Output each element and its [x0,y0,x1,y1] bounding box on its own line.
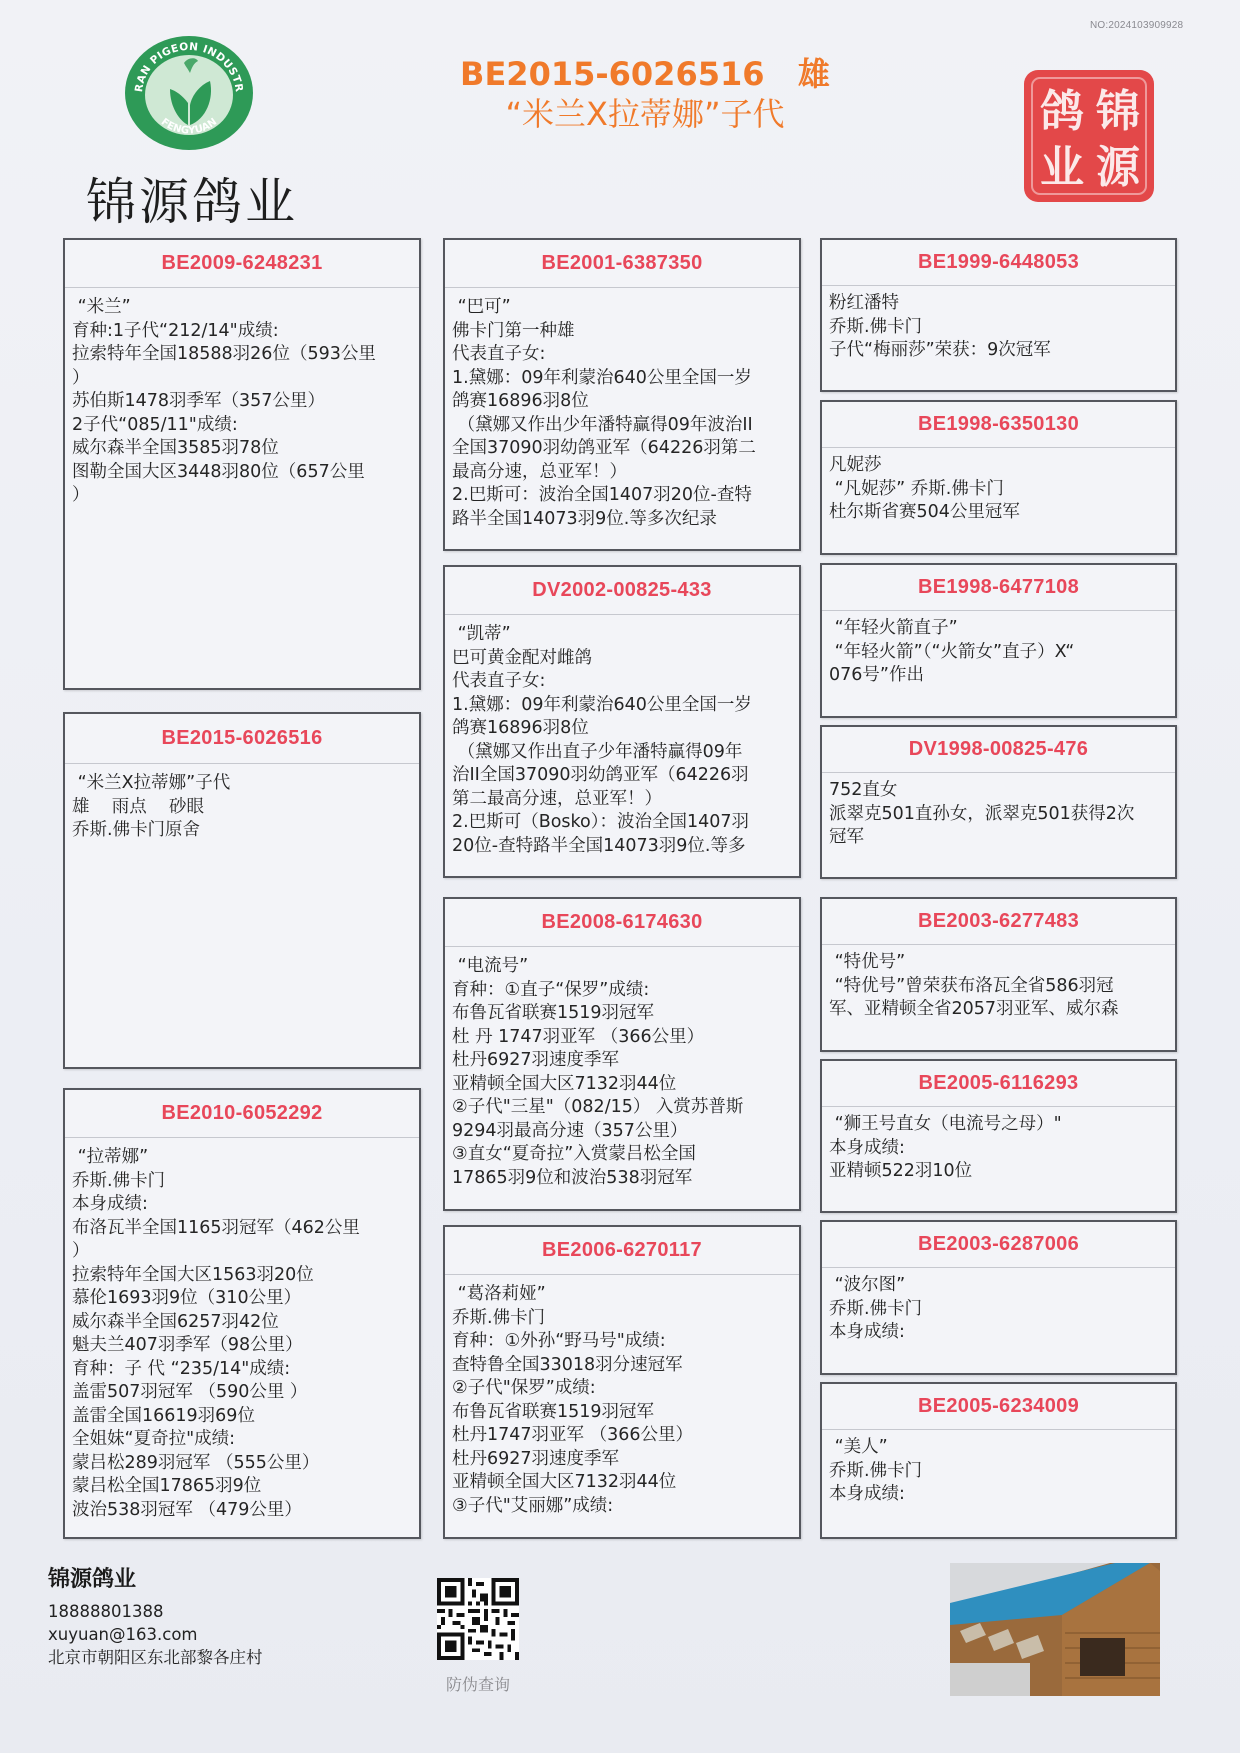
svg-text:源: 源 [1096,142,1141,193]
note-line: 17865羽9位和波治538羽冠军 [452,1167,792,1191]
note-line: “年轻火箭”（“火箭女”直子）X“ [829,641,1168,665]
brand-name: 锦源鸽业 [86,162,298,234]
note-line: 派翠克501直孙女，派翠克501获得2次 [829,803,1168,827]
note-line: 本身成绩: [72,1193,412,1217]
brand-logo-icon: FRAN PIGEON INDUSTRY FENGYUAN [122,33,256,153]
note-line: 拉索特年全国大区1563羽20位 [72,1264,412,1288]
note-line: 本身成绩: [829,1137,1168,1161]
ring-number: BE2008-6174630 [445,899,799,947]
note-line: 鸽赛16896羽8位 [452,390,792,414]
note-line: 盖雷507羽冠军 （590公里 ） [72,1381,412,1405]
note-line: 杜尔斯省赛504公里冠军 [829,501,1168,525]
ring-number: BE2005-6234009 [822,1384,1175,1430]
pedigree-box-ggp-5: BE2003-6277483 “特优号” “特优号”曾荣获布洛瓦全省586羽冠军… [820,897,1177,1052]
note-line: 路半全国14073羽9位.等多次纪录 [452,508,792,532]
note-line: 布洛瓦半全国1165羽冠军（462公里 [72,1217,412,1241]
note-line: “米兰” [72,296,412,320]
note-line: （黛娜又作出少年潘特赢得09年波治II [452,414,792,438]
note-line: “美人” [829,1436,1168,1460]
pedigree-box-ggp-2: BE1998-6350130 凡妮莎 “凡妮莎” 乔斯.佛卡门杜尔斯省赛504公… [820,400,1177,555]
note-line: 育种：子 代 “235/14"成绩: [72,1358,412,1382]
note-line: 魁夫兰407羽季军（98公里） [72,1334,412,1358]
note-line: 乔斯.佛卡门 [72,1170,412,1194]
note-line: ） [72,1240,412,1264]
note-line: “特优号”曾荣获布洛瓦全省586羽冠 [829,975,1168,999]
note-line: 752直女 [829,779,1168,803]
note-line: 图勒全国大区3448羽80位（657公里 [72,461,412,485]
note-line: 全国37090羽幼鸽亚军（64226羽第二 [452,437,792,461]
subject-ring-and-sex: BE2015-6026516 雄 [420,54,870,94]
note-line: 乔斯.佛卡门 [829,1298,1168,1322]
pedigree-box-ggp-8: BE2005-6234009 “美人”乔斯.佛卡门本身成绩: [820,1382,1177,1539]
pedigree-box-sire-sire: BE2001-6387350 “巴可”佛卡门第一种雄代表直子女:1.黛娜：09年… [443,238,801,551]
note-line: 鸽赛16896羽8位 [452,717,792,741]
pedigree-notes: “美人”乔斯.佛卡门本身成绩: [822,1430,1175,1507]
note-line: 雄 雨点 砂眼 [72,796,412,820]
ring-number: DV2002-00825-433 [445,567,799,615]
ring-number: BE1998-6477108 [822,565,1175,611]
note-line: 9294羽最高分速（357公里） [452,1120,792,1144]
pedigree-notes: “米兰X拉蒂娜”子代雄 雨点 砂眼乔斯.佛卡门原舍 [65,764,419,843]
note-line: ） [72,367,412,391]
note-line: ） [72,484,412,508]
pedigree-certificate: NO:2024103909928 FRAN PIGEON INDUSTRY FE… [0,0,1240,1753]
pedigree-box-sire: BE2009-6248231 “米兰”育种:1子代“212/14"成绩:拉索特年… [63,238,421,690]
postal-address: 北京市朝阳区东北部黎各庄村 [48,1646,263,1669]
pedigree-notes: “拉蒂娜”乔斯.佛卡门本身成绩:布洛瓦半全国1165羽冠军（462公里）拉索特年… [65,1138,419,1522]
svg-text:鸽: 鸽 [1040,86,1084,137]
pedigree-box-dam: BE2010-6052292 “拉蒂娜”乔斯.佛卡门本身成绩:布洛瓦半全国116… [63,1088,421,1539]
note-line: 20位-查特路半全国14073羽9位.等多 [452,835,792,859]
ring-number: BE1999-6448053 [822,240,1175,286]
document-number: NO:2024103909928 [1090,20,1183,31]
pedigree-notes: 752直女派翠克501直孙女，派翠克501获得2次冠军 [822,773,1175,850]
note-line: 2子代“085/11"成绩: [72,414,412,438]
pedigree-notes: “巴可”佛卡门第一种雄代表直子女:1.黛娜：09年利蒙治640公里全国一岁鸽赛1… [445,288,799,531]
note-line: 子代“梅丽莎”荣获：9次冠军 [829,339,1168,363]
note-line: “年轻火箭直子” [829,617,1168,641]
ring-number: BE2009-6248231 [65,240,419,288]
note-line: 杜丹1747羽亚军 （366公里） [452,1424,792,1448]
note-line: “巴可” [452,296,792,320]
note-line: “电流号” [452,955,792,979]
svg-text:业: 业 [1040,142,1084,193]
note-line: 查特鲁全国33018羽分速冠军 [452,1354,792,1378]
ring-number: BE2010-6052292 [65,1090,419,1138]
note-line: 第二最高分速，总亚军！） [452,788,792,812]
pedigree-box-subject: BE2015-6026516 “米兰X拉蒂娜”子代雄 雨点 砂眼乔斯.佛卡门原舍 [63,712,421,1069]
note-line: 1.黛娜：09年利蒙治640公里全国一岁 [452,367,792,391]
note-line: “凯蒂” [452,623,792,647]
ring-number: DV1998-00825-476 [822,727,1175,773]
pedigree-box-sire-dam: DV2002-00825-433 “凯蒂”巴可黄金配对雌鸽代表直子女:1.黛娜：… [443,565,801,878]
note-line: 冠军 [829,826,1168,850]
note-line: 亚精顿全国大区7132羽44位 [452,1073,792,1097]
pedigree-box-ggp-4: DV1998-00825-476 752直女派翠克501直孙女，派翠克501获得… [820,725,1177,879]
note-line: 军、亚精顿全省2057羽亚军、威尔森 [829,998,1168,1022]
pedigree-box-ggp-1: BE1999-6448053 粉红潘特乔斯.佛卡门子代“梅丽莎”荣获：9次冠军 [820,238,1177,392]
ring-number: BE1998-6350130 [822,402,1175,448]
ring-number: BE2015-6026516 [65,714,419,764]
note-line: ③直女“夏奇拉”入赏蒙吕松全国 [452,1143,792,1167]
note-line: 盖雷全国16619羽69位 [72,1405,412,1429]
note-line: 乔斯.佛卡门 [452,1307,792,1331]
note-line: 本身成绩: [829,1483,1168,1507]
pedigree-notes: 粉红潘特乔斯.佛卡门子代“梅丽莎”荣获：9次冠军 [822,286,1175,363]
ring-number: BE2003-6287006 [822,1222,1175,1268]
certificate-header: BE2015-6026516 雄 “米兰X拉蒂娜”子代 [420,54,870,134]
email-address: xuyuan@163.com [48,1623,263,1646]
pedigree-box-dam-sire: BE2008-6174630 “电流号”育种：①直子“保罗”成绩:布鲁瓦省联赛1… [443,897,801,1211]
ring-number: BE2001-6387350 [445,240,799,288]
note-line: 亚精顿522羽10位 [829,1160,1168,1184]
note-line: 布鲁瓦省联赛1519羽冠军 [452,1002,792,1026]
note-line: 杜丹6927羽速度季军 [452,1049,792,1073]
note-line: 苏伯斯1478羽季军（357公里） [72,390,412,414]
note-line: “狮王号直女（电流号之母）" [829,1113,1168,1137]
pedigree-box-ggp-7: BE2003-6287006 “波尔图”乔斯.佛卡门本身成绩: [820,1220,1177,1375]
pedigree-notes: “米兰”育种:1子代“212/14"成绩:拉索特年全国18588羽26位（593… [65,288,419,508]
note-line: 最高分速，总亚军！） [452,461,792,485]
note-line: 代表直子女: [452,670,792,694]
contact-info: 18888801388 xuyuan@163.com 北京市朝阳区东北部黎各庄村 [48,1600,263,1669]
note-line: 育种：①直子“保罗”成绩: [452,979,792,1003]
note-line: 慕伦1693羽9位（310公里） [72,1287,412,1311]
note-line: 乔斯.佛卡门 [829,316,1168,340]
note-line: 巴可黄金配对雌鸽 [452,647,792,671]
note-line: “特优号” [829,951,1168,975]
pigeon-loft-photo [950,1563,1160,1696]
qr-label: 防伪查询 [437,1672,519,1695]
note-line: “米兰X拉蒂娜”子代 [72,772,412,796]
note-line: “波尔图” [829,1274,1168,1298]
note-line: 代表直子女: [452,343,792,367]
subject-subtitle: “米兰X拉蒂娜”子代 [420,94,870,134]
note-line: 威尔森半全国6257羽42位 [72,1311,412,1335]
pedigree-notes: “凯蒂”巴可黄金配对雌鸽代表直子女:1.黛娜：09年利蒙治640公里全国一岁鸽赛… [445,615,799,858]
note-line: ③子代"艾丽娜”成绩: [452,1495,792,1519]
pedigree-notes: “狮王号直女（电流号之母）"本身成绩:亚精顿522羽10位 [822,1107,1175,1184]
note-line: （黛娜又作出直子少年潘特赢得09年 [452,741,792,765]
note-line: 亚精顿全国大区7132羽44位 [452,1471,792,1495]
note-line: 拉索特年全国18588羽26位（593公里 [72,343,412,367]
note-line: 布鲁瓦省联赛1519羽冠军 [452,1401,792,1425]
note-line: 2.巴斯可（Bosko）：波治全国1407羽 [452,811,792,835]
note-line: “拉蒂娜” [72,1146,412,1170]
note-line: 波治538羽冠军 （479公里） [72,1499,412,1523]
note-line: 乔斯.佛卡门原舍 [72,819,412,843]
note-line: 杜丹6927羽速度季军 [452,1448,792,1472]
footer-brand-name: 锦源鸽业 [48,1562,136,1593]
note-line: 佛卡门第一种雄 [452,320,792,344]
phone-number: 18888801388 [48,1600,263,1623]
note-line: 蒙吕松289羽冠军 （555公里） [72,1452,412,1476]
note-line: 乔斯.佛卡门 [829,1460,1168,1484]
note-line: ②子代"保罗”成绩: [452,1377,792,1401]
pedigree-box-dam-dam: BE2006-6270117 “葛洛莉娅”乔斯.佛卡门育种：①外孙“野马号"成绩… [443,1225,801,1539]
pedigree-notes: “特优号” “特优号”曾荣获布洛瓦全省586羽冠军、亚精顿全省2057羽亚军、威… [822,945,1175,1022]
note-line: 杜 丹 1747羽亚军 （366公里） [452,1026,792,1050]
note-line: “凡妮莎” 乔斯.佛卡门 [829,478,1168,502]
note-line: 凡妮莎 [829,454,1168,478]
ring-number: BE2003-6277483 [822,899,1175,945]
note-line: 育种:1子代“212/14"成绩: [72,320,412,344]
ring-number: BE2005-6116293 [822,1061,1175,1107]
note-line: 治II全国37090羽幼鸽亚军（64226羽 [452,764,792,788]
svg-text:锦: 锦 [1096,86,1140,137]
note-line: 粉红潘特 [829,292,1168,316]
note-line: 076号”作出 [829,664,1168,688]
anti-counterfeit-qr-code[interactable] [437,1578,519,1660]
note-line: “葛洛莉娅” [452,1283,792,1307]
pedigree-notes: “电流号”育种：①直子“保罗”成绩:布鲁瓦省联赛1519羽冠军杜 丹 1747羽… [445,947,799,1190]
pedigree-box-ggp-6: BE2005-6116293 “狮王号直女（电流号之母）"本身成绩:亚精顿522… [820,1059,1177,1213]
note-line: 1.黛娜：09年利蒙治640公里全国一岁 [452,694,792,718]
note-line: 育种：①外孙“野马号"成绩: [452,1330,792,1354]
pedigree-notes: “年轻火箭直子” “年轻火箭”（“火箭女”直子）X“076号”作出 [822,611,1175,688]
pedigree-notes: 凡妮莎 “凡妮莎” 乔斯.佛卡门杜尔斯省赛504公里冠军 [822,448,1175,525]
note-line: 蒙吕松全国17865羽9位 [72,1475,412,1499]
ring-number: BE2006-6270117 [445,1227,799,1275]
note-line: 本身成绩: [829,1321,1168,1345]
note-line: 2.巴斯可：波治全国1407羽20位-查特 [452,484,792,508]
note-line: 威尔森半全国3585羽78位 [72,437,412,461]
pedigree-notes: “波尔图”乔斯.佛卡门本身成绩: [822,1268,1175,1345]
pedigree-box-ggp-3: BE1998-6477108 “年轻火箭直子” “年轻火箭”（“火箭女”直子）X… [820,563,1177,718]
note-line: ②子代"三星"（082/15） 入赏苏普斯 [452,1096,792,1120]
pedigree-notes: “葛洛莉娅”乔斯.佛卡门育种：①外孙“野马号"成绩:查特鲁全国33018羽分速冠… [445,1275,799,1518]
note-line: 全姐妹“夏奇拉"成绩: [72,1428,412,1452]
red-seal-stamp-icon: 锦 源 鸽 业 [1020,66,1158,206]
